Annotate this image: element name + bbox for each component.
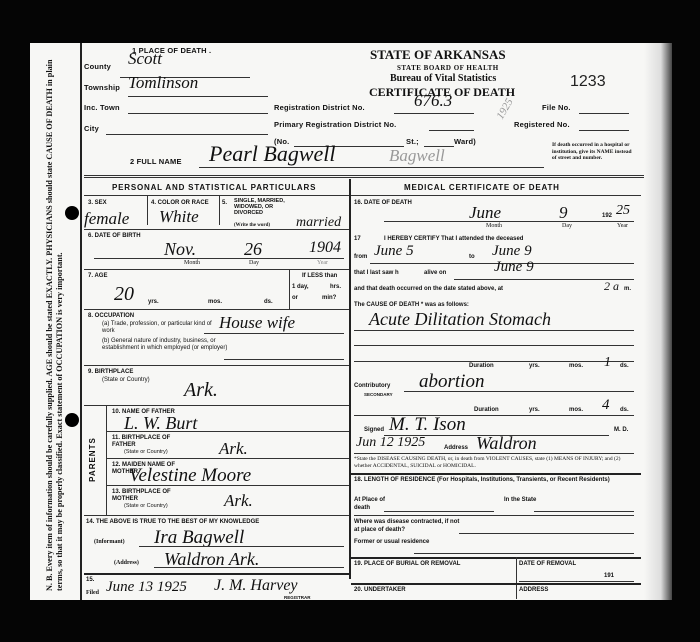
year-caption: Year — [317, 260, 328, 266]
duration-ds-label: ds. — [620, 363, 629, 369]
contributory-label: Contributory — [354, 383, 390, 389]
age-label: 7. AGE — [88, 273, 107, 279]
to-label: to — [469, 254, 475, 260]
signed-date-value: Jun 12 1925 — [356, 435, 425, 451]
registration-district-value: 676.3 — [414, 91, 452, 111]
bureau-title: Bureau of Vital Statistics — [390, 73, 496, 84]
birthplace-label: 9. BIRTHPLACE — [88, 369, 133, 375]
duration-2-days: 4 — [602, 397, 610, 414]
cause-label: The CAUSE OF DEATH * was as follows: — [354, 302, 469, 308]
father-birthplace-hint: (State or Country) — [124, 449, 168, 455]
m-label: m. — [624, 286, 631, 292]
in-state-label: In the State — [504, 497, 544, 505]
last-saw-label: that I last saw h — [354, 270, 399, 276]
full-name-annotation: Bagwell — [389, 146, 445, 166]
marital-hint: (Write the word) — [234, 223, 270, 228]
age-value: 20 — [114, 283, 134, 306]
or-label: or — [292, 295, 298, 301]
full-name-value: Pearl Bagwell — [209, 141, 335, 167]
cause-footnote: *State the DISEASE CAUSING DEATH, or, in… — [354, 456, 634, 469]
duration-2-mos-label: mos. — [569, 407, 583, 413]
signed-address-label: Address — [444, 445, 468, 451]
registrar-label: REGISTRAR — [284, 595, 311, 600]
sex-value: female — [84, 209, 129, 229]
last-saw-value: June 9 — [494, 259, 534, 276]
certificate-form: 1 PLACE OF DEATH . STATE OF ARKANSAS STA… — [84, 43, 644, 600]
marital-number: 5. — [222, 200, 227, 206]
occupation-value: House wife — [219, 313, 295, 333]
min-label: min? — [322, 295, 336, 301]
city-label: City — [84, 124, 99, 133]
personal-heading: PERSONAL AND STATISTICAL PARTICULARS — [112, 183, 316, 192]
cause-value: Acute Dilitation Stomach — [369, 309, 551, 330]
hrs-label: hrs. — [330, 284, 341, 290]
registrar-value: J. M. Harvey — [214, 577, 298, 595]
former-residence-label: Former or usual residence — [354, 539, 444, 547]
month-caption: Month — [184, 260, 200, 266]
if-less-than-label: If LESS than — [302, 273, 337, 279]
filed-label: Filed — [86, 590, 99, 596]
county-label: County — [84, 62, 111, 71]
signed-label: Signed — [364, 427, 384, 433]
death-certificate-page: N. B. Every item of information should b… — [30, 43, 672, 600]
date-of-death-label: 16. DATE OF DEATH — [354, 200, 412, 206]
inc-town-label: Inc. Town — [84, 103, 120, 112]
township-value: Tomlinson — [128, 73, 198, 93]
certify-text: I HEREBY CERTIFY That I attended the dec… — [384, 236, 523, 242]
to-value: June 9 — [492, 243, 532, 260]
duration-label: Duration — [469, 363, 494, 369]
from-value: June 5 — [374, 243, 414, 260]
md-label: M. D. — [614, 427, 628, 433]
board-title: STATE BOARD OF HEALTH — [397, 64, 499, 72]
township-label: Township — [84, 83, 120, 92]
one-day-label: 1 day, — [292, 284, 309, 290]
medical-heading: MEDICAL CERTIFICATE OF DEATH — [404, 183, 560, 192]
at-place-label: At Place of death — [354, 497, 394, 512]
punch-hole-icon — [65, 413, 79, 427]
full-name-label: 2 FULL NAME — [130, 157, 182, 166]
duration-2-ds-label: ds. — [620, 407, 629, 413]
duration-1-days: 1 — [604, 355, 611, 371]
ds-label: ds. — [264, 299, 273, 305]
yrs-label: yrs. — [148, 299, 159, 305]
dob-day: 26 — [244, 239, 262, 260]
secondary-label: SECONDARY — [364, 392, 393, 397]
death-year: 25 — [616, 203, 630, 219]
race-label: 4. COLOR OR RACE — [151, 200, 209, 206]
file-no-label: File No. — [542, 103, 571, 112]
sex-label: 3. SEX — [88, 200, 107, 206]
contracted-label: Where was disease contracted, if not at … — [354, 519, 464, 534]
punch-hole-icon — [65, 206, 79, 220]
occurred-time: 2 a — [604, 279, 619, 294]
instruction-note: N. B. Every item of information should b… — [45, 51, 65, 591]
hospital-note: If death occurred in a hospital or insti… — [552, 142, 632, 162]
st-label: St.; — [406, 137, 419, 146]
county-value: Scott — [128, 49, 162, 69]
death-year-prefix: 192 — [602, 213, 612, 219]
signed-address-value: Waldron — [476, 433, 537, 454]
occurred-text: and that death occurred on the date stat… — [354, 286, 503, 292]
duration-2-yrs-label: yrs. — [529, 407, 540, 413]
father-birthplace-value: Ark. — [219, 439, 248, 459]
race-value: White — [159, 207, 199, 227]
duration-2-label: Duration — [474, 407, 499, 413]
dob-year: 1904 — [309, 239, 341, 257]
burial-place-label: 19. PLACE OF BURIAL OR REMOVAL — [354, 561, 460, 567]
occupation-label: 8. OCCUPATION — [88, 313, 134, 319]
instruction-margin: N. B. Every item of information should b… — [30, 43, 82, 600]
certify-number: 17 — [354, 236, 361, 242]
informant-heading: 14. THE ABOVE IS TRUE TO THE BEST OF MY … — [86, 519, 259, 525]
filed-number: 15. — [86, 577, 94, 583]
mos-label: mos. — [208, 299, 222, 305]
mother-birthplace-label: 13. BIRTHPLACE OF MOTHER — [112, 489, 192, 503]
dob-label: 6. DATE OF BIRTH — [88, 233, 141, 239]
undertaker-address-label: ADDRESS — [519, 587, 548, 593]
death-day-caption: Day — [562, 223, 572, 229]
mother-name-value: Velestine Moore — [129, 465, 251, 487]
mother-birthplace-hint: (State or Country) — [124, 503, 168, 509]
removal-date-label: DATE OF REMOVAL — [519, 561, 576, 567]
informant-label: (Informant) — [94, 539, 125, 545]
ward-label: Ward) — [454, 137, 476, 146]
registration-district-label: Registration District No. — [274, 103, 365, 112]
filed-date-value: June 13 1925 — [106, 579, 187, 596]
removal-year-prefix: 191 — [604, 573, 614, 579]
registered-no-label: Registered No. — [514, 120, 570, 129]
undertaker-label: 20. UNDERTAKER — [354, 587, 406, 593]
paper-edge-shadow — [644, 43, 672, 600]
mother-birthplace-value: Ark. — [224, 491, 253, 511]
residence-heading: 18. LENGTH OF RESIDENCE (For Hospitals, … — [354, 477, 634, 485]
from-label: from — [354, 254, 367, 260]
signed-value: M. T. Ison — [389, 414, 466, 436]
parents-side-label: PARENTS — [88, 437, 97, 482]
duration-mos-label: mos. — [569, 363, 583, 369]
contributory-value: abortion — [419, 371, 484, 393]
death-year-caption: Year — [617, 223, 628, 229]
state-title: STATE OF ARKANSAS — [370, 47, 506, 63]
occupation-a-label: (a) Trade, profession, or particular kin… — [102, 321, 212, 335]
occupation-b-label: (b) General nature of industry, business… — [102, 338, 242, 352]
death-day: 9 — [559, 203, 568, 223]
certificate-number: 1233 — [570, 73, 606, 91]
primary-registration-label: Primary Registration District No. — [274, 120, 396, 129]
year-stamp: 1925 — [494, 96, 515, 121]
duration-yrs-label: yrs. — [529, 363, 540, 369]
death-month-caption: Month — [486, 223, 502, 229]
father-birthplace-label: 11. BIRTHPLACE OF FATHER — [112, 435, 192, 449]
dob-month: Nov. — [164, 239, 196, 260]
death-month: June — [469, 203, 501, 223]
marital-label: SINGLE, MARRIED, WIDOWED, OR DIVORCED — [234, 198, 294, 216]
alive-on-label: alive on — [424, 270, 446, 276]
birthplace-value: Ark. — [184, 379, 218, 402]
day-caption: Day — [249, 260, 259, 266]
informant-address-label: (Address) — [114, 560, 139, 566]
birthplace-hint: (State or Country) — [102, 377, 150, 383]
